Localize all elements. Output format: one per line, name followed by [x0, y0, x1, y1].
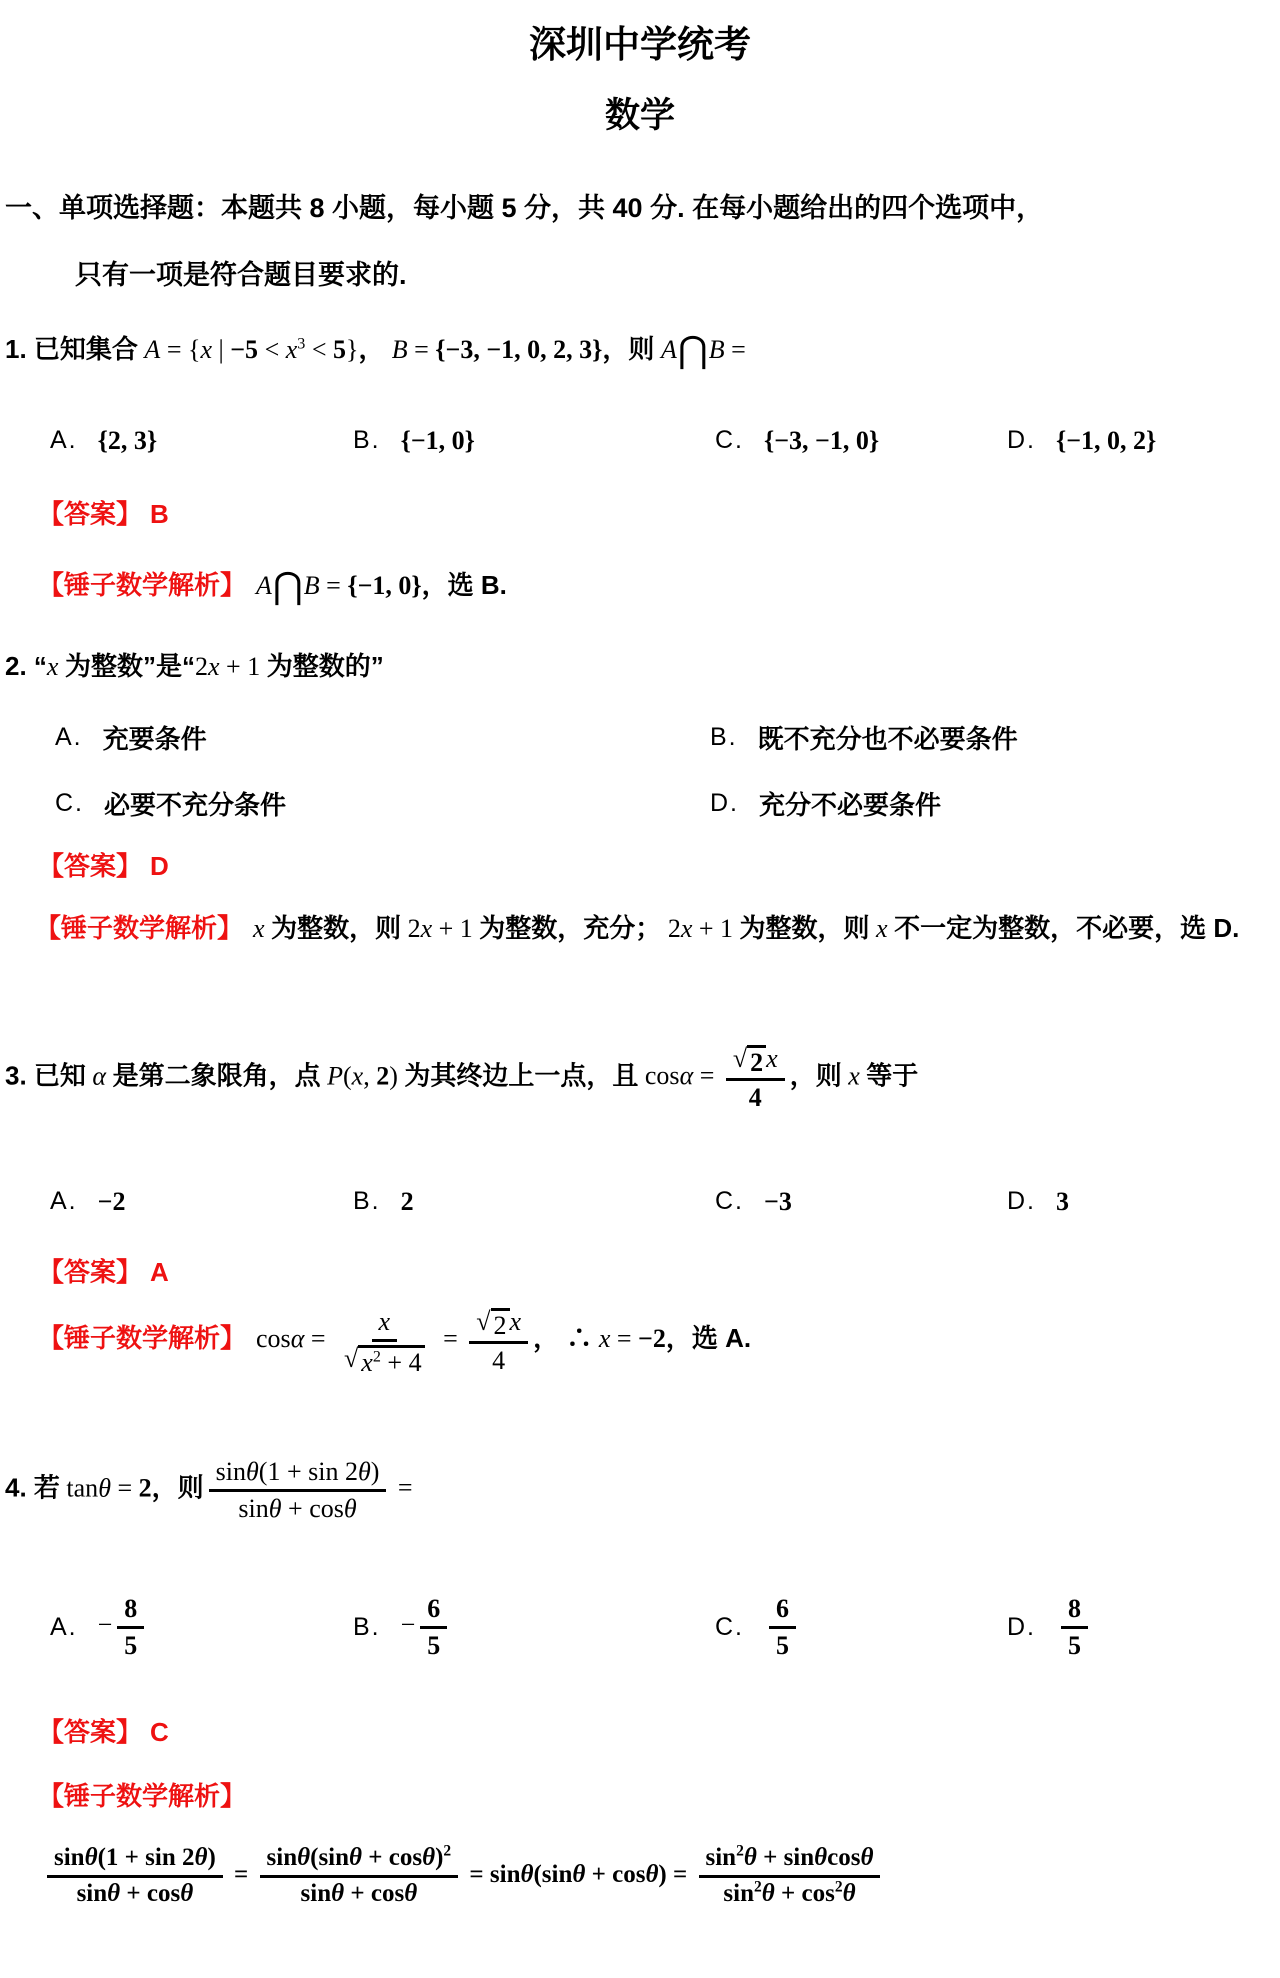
option-label: C.	[715, 1613, 744, 1642]
option-value: 必要不充分条件	[104, 785, 286, 822]
question-3-option-a: A.−2	[50, 1186, 353, 1217]
question-4-analysis-formula: sinθ(1 + sin 2θ)sinθ + cosθ = sinθ(sinθ …	[42, 1842, 1270, 1910]
analysis-content: A⋂B = {−1, 0}，选 B.	[256, 570, 507, 600]
question-2-answer: 【答案】D	[38, 846, 170, 883]
analysis-content: cosα = x√x2 + 4 = √2x4， ∴ x = −2，选 A.	[256, 1323, 751, 1353]
option-label: A.	[50, 1613, 78, 1642]
question-2-option-b: B.既不充分也不必要条件	[710, 719, 1280, 756]
option-value: 85	[1056, 1592, 1093, 1663]
question-3-stem: 3. 已知 α 是第二象限角，点 P(x, 2) 为其终边上一点，且 cosα …	[5, 1042, 1270, 1115]
question-1-option-b: B.{−1, 0}	[353, 425, 715, 456]
option-value: {−1, 0}	[401, 425, 475, 456]
question-4-option-b: B.−65	[353, 1592, 715, 1663]
option-value: {−3, −1, 0}	[764, 425, 879, 456]
option-value: 2	[401, 1186, 414, 1217]
document-subtitle: 数学	[0, 88, 1280, 138]
option-label: C.	[55, 789, 84, 818]
question-4-stem: 4. 若 tanθ = 2，则sinθ(1 + sin 2θ)sinθ + co…	[5, 1455, 1270, 1526]
answer-label: 【答案】	[38, 499, 142, 529]
question-2-option-d: D.充分不必要条件	[710, 785, 1280, 822]
exam-document-page: 深圳中学统考 数学 一、单项选择题：本题共 8 小题，每小题 5 分，共 40 …	[0, 0, 1280, 1978]
question-4-option-d: D.85	[1007, 1592, 1280, 1663]
question-1-answer: 【答案】B	[38, 494, 170, 531]
question-4-analysis-label: 【锤子数学解析】	[38, 1776, 246, 1813]
answer-label: 【答案】	[38, 851, 142, 881]
answer-value: D	[150, 851, 170, 881]
option-label: A.	[50, 426, 78, 455]
option-label: A.	[55, 723, 83, 752]
question-1-analysis: 【锤子数学解析】A⋂B = {−1, 0}，选 B.	[38, 566, 1260, 605]
question-3-answer: 【答案】A	[38, 1252, 170, 1289]
analysis-label: 【锤子数学解析】	[38, 1781, 246, 1811]
answer-value: C	[150, 1717, 170, 1747]
option-label: C.	[715, 1187, 744, 1216]
question-1-option-c: C.{−3, −1, 0}	[715, 425, 1007, 456]
question-2-options-row2: C.必要不充分条件 D.充分不必要条件	[0, 785, 1280, 822]
option-value: {2, 3}	[98, 425, 158, 456]
answer-value: A	[150, 1257, 170, 1287]
option-label: D.	[1007, 1187, 1036, 1216]
option-label: B.	[710, 723, 738, 752]
option-label: B.	[353, 426, 381, 455]
analysis-content: x 为整数，则 2x + 1 为整数，充分； 2x + 1 为整数，则 x 不一…	[253, 913, 1239, 943]
option-value: −3	[764, 1186, 792, 1217]
question-4-option-c: C.65	[715, 1592, 1007, 1663]
option-value: −85	[98, 1592, 150, 1663]
question-3-option-b: B.2	[353, 1186, 715, 1217]
option-value: 充要条件	[103, 719, 207, 756]
document-title: 深圳中学统考	[0, 14, 1280, 68]
option-value: 充分不必要条件	[759, 785, 941, 822]
answer-label: 【答案】	[38, 1717, 142, 1747]
option-label: D.	[710, 789, 739, 818]
question-1-options: A.{2, 3} B.{−1, 0} C.{−3, −1, 0} D.{−1, …	[0, 425, 1280, 456]
question-3-option-c: C.−3	[715, 1186, 1007, 1217]
analysis-label: 【锤子数学解析】	[38, 1323, 246, 1353]
analysis-label: 【锤子数学解析】	[38, 570, 246, 600]
option-value: 3	[1056, 1186, 1069, 1217]
answer-label: 【答案】	[38, 1257, 142, 1287]
question-1-stem: 1. 已知集合 A = {x | −5 < x3 < 5}， B = {−3, …	[5, 330, 1270, 369]
option-label: D.	[1007, 1613, 1036, 1642]
question-4-option-a: A.−85	[50, 1592, 353, 1663]
option-value: 既不充分也不必要条件	[758, 719, 1018, 756]
option-label: D.	[1007, 426, 1036, 455]
option-value: −2	[98, 1186, 126, 1217]
question-2-stem: 2. “x 为整数”是“2x + 1 为整数的”	[5, 647, 1270, 686]
option-value: 65	[764, 1592, 801, 1663]
question-3-options: A.−2 B.2 C.−3 D.3	[0, 1186, 1280, 1217]
question-3-option-d: D.3	[1007, 1186, 1280, 1217]
question-3-analysis: 【锤子数学解析】cosα = x√x2 + 4 = √2x4， ∴ x = −2…	[38, 1305, 1260, 1378]
question-2-options-row1: A.充要条件 B.既不充分也不必要条件	[0, 719, 1280, 756]
question-4-options: A.−85 B.−65 C.65 D.85	[0, 1592, 1280, 1663]
question-2-analysis: 【锤子数学解析】x 为整数，则 2x + 1 为整数，充分； 2x + 1 为整…	[35, 895, 1255, 962]
section-instructions-line1: 一、单项选择题：本题共 8 小题，每小题 5 分，共 40 分. 在每小题给出的…	[5, 186, 1275, 225]
option-label: B.	[353, 1613, 381, 1642]
question-1-option-d: D.{−1, 0, 2}	[1007, 425, 1280, 456]
question-4-answer: 【答案】C	[38, 1712, 170, 1749]
question-2-option-a: A.充要条件	[55, 719, 710, 756]
section-instructions-line2: 只有一项是符合题目要求的.	[75, 253, 407, 292]
option-label: C.	[715, 426, 744, 455]
option-value: {−1, 0, 2}	[1056, 425, 1156, 456]
option-label: B.	[353, 1187, 381, 1216]
question-2-option-c: C.必要不充分条件	[55, 785, 710, 822]
option-label: A.	[50, 1187, 78, 1216]
answer-value: B	[150, 499, 170, 529]
question-1-option-a: A.{2, 3}	[50, 425, 353, 456]
analysis-label: 【锤子数学解析】	[35, 913, 243, 943]
option-value: −65	[401, 1592, 453, 1663]
